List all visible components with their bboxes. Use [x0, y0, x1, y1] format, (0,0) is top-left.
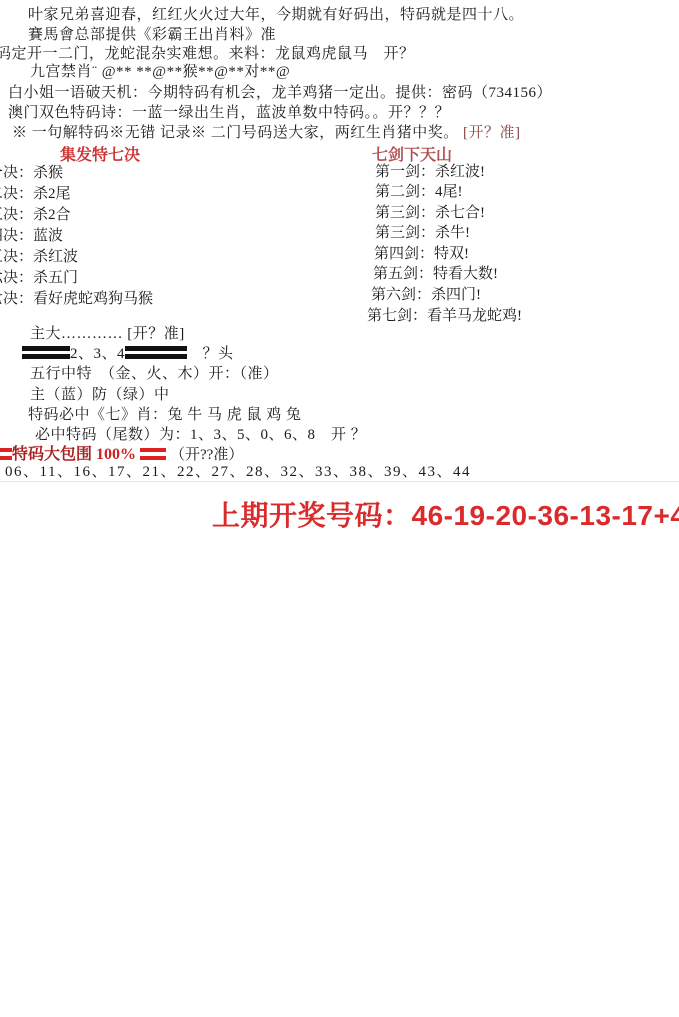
zhuda-bracket: [开？准] — [127, 326, 185, 342]
red-bars-icon — [0, 448, 12, 460]
left-column-title: 集发特七决 — [60, 142, 140, 165]
two-gates-line: 码定开一二门，龙蛇混杂实难想。来料：龙鼠鸡虎鼠马 开？ — [0, 45, 415, 63]
trigram-line: 2、3、4 ？头 — [22, 342, 234, 363]
previous-draw-result: 上期开奖号码：46-19-20-36-13-17+43 — [212, 494, 679, 534]
jockey-club-line: 賽馬會总部提供《彩霸王出肖料》准 — [28, 26, 276, 44]
macau-poem-line: 澳门双色特码诗：一蓝一绿出生肖，蓝波单数中特码。。开？？？ — [8, 104, 450, 122]
right-item-6: 第五剑：特看大数! — [373, 262, 498, 283]
open-accurate-bracket: [开？准] — [463, 125, 521, 141]
right-item-4: 第三剑：杀牛! — [375, 221, 470, 242]
nine-palace-line: 九宫禁肖¨ @** **@**猴**@**对**@ — [30, 63, 290, 81]
left-item-2: 二决：杀2尾 — [0, 182, 71, 203]
black-bars-icon — [125, 346, 187, 359]
left-item-7: 七决：看好虎蛇鸡狗马猴 — [0, 287, 153, 308]
red-bars-icon — [140, 448, 166, 460]
trigram-suffix: ？头 — [187, 346, 234, 362]
lottery-tip-sheet: { "colors": { "left_title_red": "#cc3333… — [0, 0, 679, 1017]
left-item-5: 五决：杀红波 — [0, 245, 78, 266]
right-item-2: 第二剑：4尾! — [375, 180, 463, 201]
right-item-5: 第四剑：特双! — [374, 242, 469, 263]
one-sentence-line: ※ 一句解特码※无错 记录※ 二门号码送大家，两红生肖猪中奖。 [开？准] — [12, 124, 521, 142]
black-bars-icon — [22, 346, 70, 359]
candidate-numbers-row: 06、11、16、17、21、22、27、28、32、33、38、39、43、4… — [5, 460, 471, 481]
separator-line — [0, 481, 679, 482]
blue-green-line: 主（蓝）防（绿）中 — [30, 383, 170, 404]
zhuda-line: 主大………… [开？准] — [30, 322, 185, 343]
miss-bai-line: 白小姐一语破天机：今期特码有机会，龙羊鸡猪一定出。提供：密码（734156） — [8, 84, 552, 102]
zhuda-text: 主大………… — [30, 326, 123, 342]
right-item-1: 第一剑：杀红波! — [375, 160, 485, 181]
right-item-3: 第三剑：杀七合! — [375, 201, 485, 222]
five-elements-line: 五行中特 （金、火、木）开：（准） — [30, 362, 279, 383]
left-item-6: 六决：杀五门 — [0, 266, 78, 287]
left-item-1: 一决：杀猴 — [0, 161, 63, 182]
greeting-line: 叶家兄弟喜迎春，红红火火过大年，今期就有好码出，特码就是四十八。 — [28, 6, 524, 24]
seven-zodiac-line: 特码必中《七》肖：兔 牛 马 虎 鼠 鸡 兔 — [28, 403, 302, 424]
left-item-4: 四决：蓝波 — [0, 224, 63, 245]
trigram-numbers: 2、3、4 — [70, 346, 125, 362]
right-item-7: 第六剑：杀四门! — [371, 283, 481, 304]
left-item-3: 三决：杀2合 — [0, 203, 71, 224]
right-item-8: 第七剑：看羊马龙蛇鸡! — [367, 304, 522, 325]
one-sentence-text: ※ 一句解特码※无错 记录※ 二门号码送大家，两红生肖猪中奖。 — [12, 125, 459, 141]
